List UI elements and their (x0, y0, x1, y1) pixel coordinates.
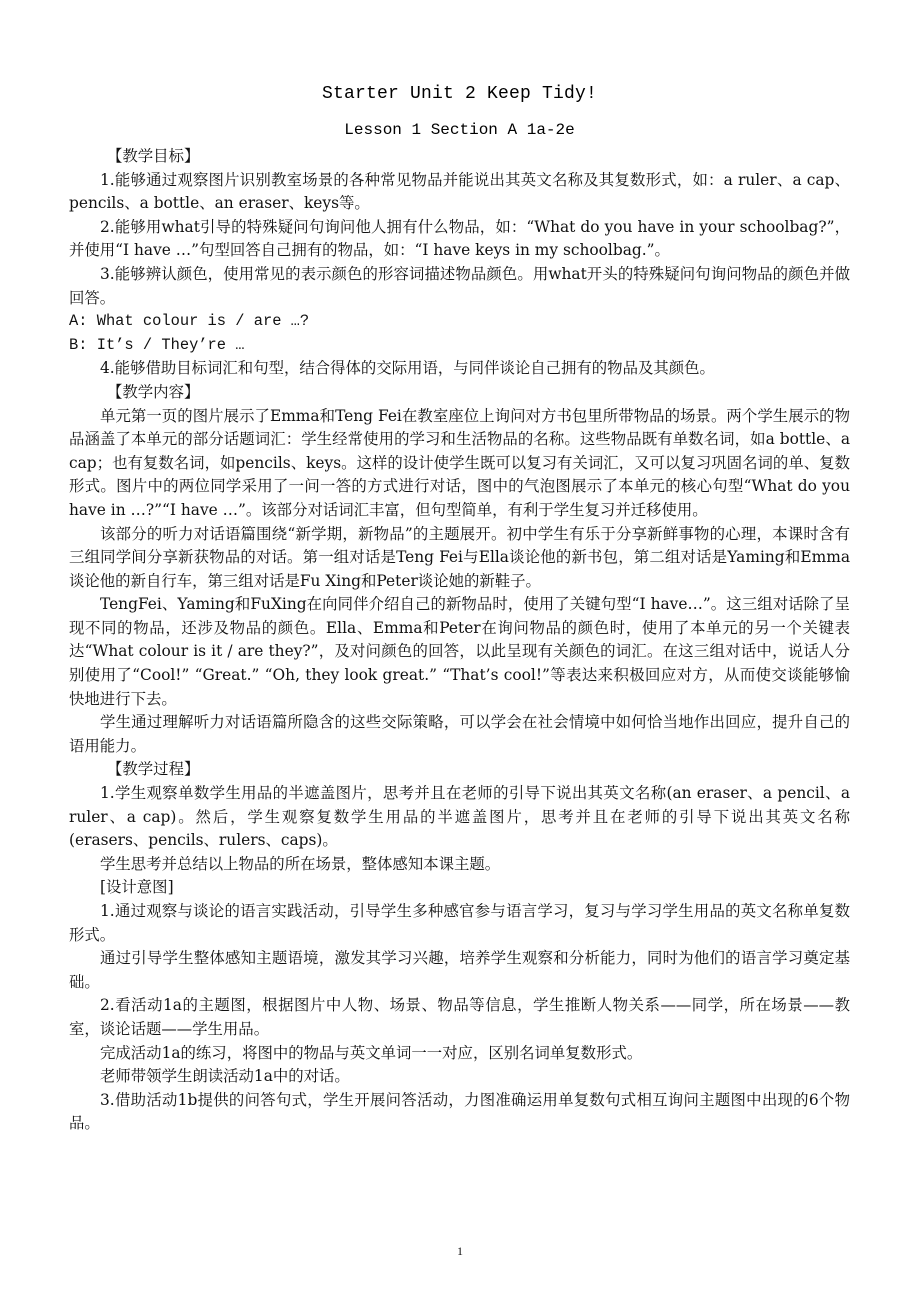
content-paragraph: 学生通过理解听力对话语篇所隐含的这些交际策略，可以学会在社会情境中如何恰当地作出… (69, 711, 850, 758)
process-paragraph: 1.学生观察单数学生用品的半遮盖图片，思考并且在老师的引导下说出其英文名称(an… (69, 782, 850, 853)
section-heading-content: 【教学内容】 (69, 381, 850, 405)
content-paragraph: 单元第一页的图片展示了Emma和Teng Fei在教室座位上询问对方书包里所带物… (69, 405, 850, 523)
dialog-line-a: A: What colour is / are …? (69, 310, 850, 334)
dialog-line-b: B: It’s / They’re … (69, 334, 850, 358)
page-number: 1 (0, 1244, 920, 1259)
objective-item-1: 1.能够通过观察图片识别教室场景的各种常见物品并能说出其英文名称及其复数形式，如… (69, 169, 850, 216)
content-paragraph: 该部分的听力对话语篇围绕“新学期，新物品”的主题展开。初中学生有乐于分享新鲜事物… (69, 523, 850, 594)
objective-item-4: 4.能够借助目标词汇和句型，结合得体的交际用语，与同伴谈论自己拥有的物品及其颜色… (69, 357, 850, 381)
process-paragraph: 学生思考并总结以上物品的所在场景，整体感知本课主题。 (69, 853, 850, 877)
design-intent-heading: [设计意图] (69, 876, 850, 900)
design-paragraph: 通过引导学生整体感知主题语境，激发其学习兴趣，培养学生观察和分析能力，同时为他们… (69, 947, 850, 994)
design-paragraph: 1.通过观察与谈论的语言实践活动，引导学生多种感官参与语言学习，复习与学习学生用… (69, 900, 850, 947)
design-paragraph: 完成活动1a的练习，将图中的物品与英文单词一一对应，区别名词单复数形式。 (69, 1042, 850, 1066)
document-subtitle: Lesson 1 Section A 1a-2e (69, 121, 850, 139)
design-paragraph: 2.看活动1a的主题图，根据图片中人物、场景、物品等信息，学生推断人物关系——同… (69, 994, 850, 1041)
document-body: 【教学目标】 1.能够通过观察图片识别教室场景的各种常见物品并能说出其英文名称及… (69, 145, 850, 1136)
section-heading-process: 【教学过程】 (69, 758, 850, 782)
section-heading-objectives: 【教学目标】 (69, 145, 850, 169)
document-title: Starter Unit 2 Keep Tidy! (69, 84, 850, 104)
objective-item-2: 2.能够用what引导的特殊疑问句询问他人拥有什么物品，如：“What do y… (69, 216, 850, 263)
design-paragraph: 老师带领学生朗读活动1a中的对话。 (69, 1065, 850, 1089)
objective-item-3: 3.能够辨认颜色，使用常见的表示颜色的形容词描述物品颜色。用what开头的特殊疑… (69, 263, 850, 310)
content-paragraph: TengFei、Yaming和FuXing在向同伴介绍自己的新物品时，使用了关键… (69, 593, 850, 711)
design-paragraph: 3.借助活动1b提供的问答句式，学生开展问答活动，力图准确运用单复数句式相互询问… (69, 1089, 850, 1136)
